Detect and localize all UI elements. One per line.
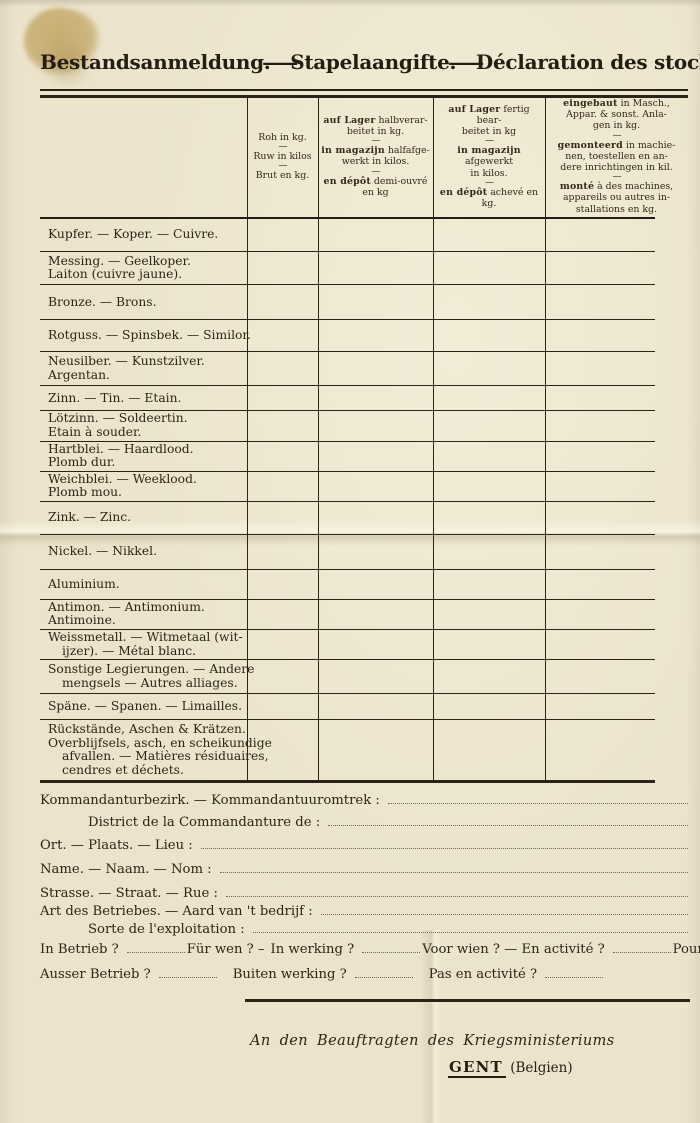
material-row: Nickel. — Nikkel.: [40, 534, 655, 569]
title-dutch: Stapelaangifte.: [290, 50, 456, 74]
question-segment: In werking ?: [271, 939, 423, 957]
stock-value-cell: [247, 411, 318, 441]
title-dash: —: [447, 50, 484, 74]
field-label: Name. — Naam. — Nom :: [40, 862, 218, 877]
material-label: Rückstände, Aschen & Krätzen.Overblijfse…: [40, 720, 247, 782]
title-dash: —: [262, 50, 299, 74]
stock-value-cell: [318, 386, 433, 411]
footer-rule: [245, 999, 690, 1002]
material-row: Hartblei. — Haardlood.Plomb dur.: [40, 441, 655, 471]
column-header-semifinished: auf Lager halbverar-beitet in kg.—in mag…: [318, 96, 433, 218]
stock-value-cell: [433, 411, 545, 441]
stock-value-cell: [318, 630, 433, 660]
material-label: Weichblei. — Weeklood.Plomb mou.: [40, 471, 247, 501]
material-label: Späne. — Spanen. — Limailles.: [40, 694, 247, 720]
stock-value-cell: [247, 285, 318, 320]
field-label: Pas en activité ?: [429, 967, 543, 982]
question-segment: Pour qui ?: [673, 942, 700, 957]
stock-value-cell: [545, 534, 655, 569]
question-segment: Buiten werking ?: [233, 964, 415, 982]
stock-value-cell: [433, 386, 545, 411]
field-label: Sorte de l'exploitation :: [88, 922, 251, 937]
stock-value-cell: [545, 320, 655, 352]
stock-value-cell: [433, 501, 545, 534]
stock-value-cell: [247, 501, 318, 534]
field-label: District de la Commandanture de :: [88, 815, 326, 830]
material-label: Hartblei. — Haardlood.Plomb dur.: [40, 441, 247, 471]
stock-value-cell: [247, 599, 318, 629]
material-row: Rotguss. — Spinsbek. — Similor.: [40, 320, 655, 352]
dotted-write-line: [253, 919, 688, 933]
stock-value-cell: [433, 320, 545, 352]
stock-value-cell: [545, 569, 655, 599]
material-row: Bronze. — Brons.: [40, 285, 655, 320]
title-rule-thin: [40, 89, 688, 91]
form-field-art-des-betriebes: Art des Betriebes. — Aard van 't bedrijf…: [40, 901, 690, 919]
form-field-district: District de la Commandanture de :: [40, 812, 690, 830]
material-label: Weissmetall. — Witmetaal (wit-ijzer). — …: [40, 630, 247, 660]
stock-value-cell: [318, 660, 433, 694]
stock-value-cell: [247, 534, 318, 569]
stock-value-cell: [433, 660, 545, 694]
question-segment: Für wen ? –: [187, 942, 271, 957]
dotted-write-line: [159, 964, 217, 978]
stock-value-cell: [318, 411, 433, 441]
material-row: Zinn. — Tin. — Etain.: [40, 386, 655, 411]
field-label: Für wen ? –: [187, 942, 271, 957]
stock-value-cell: [247, 660, 318, 694]
form-field-sorte-exploitation: Sorte de l'exploitation :: [40, 919, 690, 937]
stock-value-cell: [318, 285, 433, 320]
material-label: Kupfer. — Koper. — Cuivre.: [40, 218, 247, 252]
stock-value-cell: [247, 320, 318, 352]
field-label: Art des Betriebes. — Aard van 't bedrijf…: [40, 904, 319, 919]
stock-value-cell: [433, 441, 545, 471]
dotted-write-line: [201, 835, 688, 849]
material-label: Lötzinn. — Soldeertin.Etain à souder.: [40, 411, 247, 441]
stock-value-cell: [247, 352, 318, 386]
material-label: Antimon. — Antimonium.Antimoine.: [40, 599, 247, 629]
fold-crease-vertical: [420, 930, 442, 1123]
stock-value-cell: [247, 218, 318, 252]
column-header-finished: auf Lager fertig bear-beitet in kg—in ma…: [433, 96, 545, 218]
stock-value-cell: [433, 694, 545, 720]
stock-value-cell: [433, 471, 545, 501]
stock-value-cell: [545, 501, 655, 534]
title-german: Bestandsanmeldung.: [40, 50, 270, 74]
table-header-row: Roh in kg.—Ruw in kilos—Brut en kg. auf …: [40, 96, 655, 218]
city-name: GENT: [448, 1058, 506, 1078]
stock-value-cell: [545, 471, 655, 501]
stock-value-cell: [247, 386, 318, 411]
stock-value-cell: [247, 441, 318, 471]
stock-value-cell: [318, 471, 433, 501]
stock-value-cell: [433, 630, 545, 660]
stock-value-cell: [545, 252, 655, 285]
addressee-line: An den Beauftragten des Kriegsministeriu…: [250, 1033, 615, 1049]
stock-value-cell: [318, 694, 433, 720]
material-row: Kupfer. — Koper. — Cuivre.: [40, 218, 655, 252]
material-label: Rotguss. — Spinsbek. — Similor.: [40, 320, 247, 352]
question-segment: Voor wien ? — En activité ?: [422, 939, 672, 957]
stock-value-cell: [318, 569, 433, 599]
material-row: Lötzinn. — Soldeertin.Etain à souder.: [40, 411, 655, 441]
stock-value-cell: [545, 660, 655, 694]
stock-value-cell: [433, 352, 545, 386]
city-line: GENT (Belgien): [448, 1058, 573, 1076]
field-label: In werking ?: [271, 942, 361, 957]
material-row: Weichblei. — Weeklood.Plomb mou.: [40, 471, 655, 501]
stock-table: Roh in kg.—Ruw in kilos—Brut en kg. auf …: [40, 96, 655, 783]
field-label: Voor wien ? — En activité ?: [422, 942, 610, 957]
stock-value-cell: [318, 352, 433, 386]
field-label: Strasse. — Straat. — Rue :: [40, 886, 224, 901]
stock-value-cell: [433, 252, 545, 285]
stock-value-cell: [545, 441, 655, 471]
stock-value-cell: [433, 599, 545, 629]
column-header-installed: eingebaut in Masch.,Appar. & sonst. Anla…: [545, 96, 655, 218]
material-label: Nickel. — Nikkel.: [40, 534, 247, 569]
material-row: Zink. — Zinc.: [40, 501, 655, 534]
material-label: Aluminium.: [40, 569, 247, 599]
stock-value-cell: [247, 471, 318, 501]
dotted-write-line: [545, 964, 603, 978]
field-label: In Betrieb ?: [40, 942, 125, 957]
material-label: Zinn. — Tin. — Etain.: [40, 386, 247, 411]
stock-value-cell: [433, 534, 545, 569]
material-column-header: [40, 96, 247, 218]
stock-value-cell: [318, 320, 433, 352]
stock-value-cell: [247, 252, 318, 285]
question-segment: Ausser Betrieb ?: [40, 964, 219, 982]
stock-value-cell: [545, 352, 655, 386]
stock-value-cell: [433, 569, 545, 599]
material-label: Messing. — Geelkoper.Laiton (cuivre jaun…: [40, 252, 247, 285]
dotted-write-line: [328, 812, 688, 826]
stock-value-cell: [318, 501, 433, 534]
stock-value-cell: [318, 599, 433, 629]
material-row: Weissmetall. — Witmetaal (wit-ijzer). — …: [40, 630, 655, 660]
dotted-write-line: [388, 790, 688, 804]
material-row: Messing. — Geelkoper.Laiton (cuivre jaun…: [40, 252, 655, 285]
material-label: Bronze. — Brons.: [40, 285, 247, 320]
material-label: Neusilber. — Kunstzilver.Argentan.: [40, 352, 247, 386]
country-name: (Belgien): [510, 1060, 572, 1076]
question-segment: In Betrieb ?: [40, 939, 187, 957]
dotted-write-line: [321, 901, 688, 915]
stock-value-cell: [545, 285, 655, 320]
stock-value-cell: [545, 411, 655, 441]
column-header-raw: Roh in kg.—Ruw in kilos—Brut en kg.: [247, 96, 318, 218]
stock-value-cell: [318, 252, 433, 285]
form-title: Bestandsanmeldung. — Stapelaangifte. — D…: [40, 50, 676, 74]
stock-value-cell: [433, 285, 545, 320]
form-field-ausser-betrieb: Ausser Betrieb ?Buiten werking ?Pas en a…: [40, 964, 540, 982]
field-label: Kommandanturbezirk. — Kommandantuuromtre…: [40, 793, 386, 808]
field-label: Buiten werking ?: [233, 967, 353, 982]
field-label: Pour qui ?: [673, 942, 700, 957]
dotted-write-line: [226, 883, 688, 897]
field-label: Ort. — Plaats. — Lieu :: [40, 838, 199, 853]
material-label: Sonstige Legierungen. — Anderemengsels —…: [40, 660, 247, 694]
form-field-kommandanturbezirk: Kommandanturbezirk. — Kommandantuuromtre…: [40, 790, 690, 808]
stock-value-cell: [318, 534, 433, 569]
stock-value-cell: [545, 386, 655, 411]
stock-value-cell: [433, 218, 545, 252]
material-row: Aluminium.: [40, 569, 655, 599]
stock-value-cell: [318, 720, 433, 782]
dotted-write-line: [613, 939, 671, 953]
stock-value-cell: [545, 599, 655, 629]
stock-value-cell: [318, 218, 433, 252]
stock-value-cell: [247, 630, 318, 660]
material-row: Antimon. — Antimonium.Antimoine.: [40, 599, 655, 629]
material-row: Rückstände, Aschen & Krätzen.Overblijfse…: [40, 720, 655, 782]
dotted-write-line: [355, 964, 413, 978]
stock-value-cell: [247, 694, 318, 720]
scanned-declaration-form: Bestandsanmeldung. — Stapelaangifte. — D…: [0, 0, 700, 1123]
title-french: Déclaration des stocks.: [476, 50, 700, 74]
dotted-write-line: [220, 859, 688, 873]
question-segment: Pas en activité ?: [429, 964, 605, 982]
material-row: Neusilber. — Kunstzilver.Argentan.: [40, 352, 655, 386]
material-row: Sonstige Legierungen. — Anderemengsels —…: [40, 660, 655, 694]
field-label: Ausser Betrieb ?: [40, 967, 157, 982]
form-field-name: Name. — Naam. — Nom :: [40, 859, 690, 877]
stock-value-cell: [433, 720, 545, 782]
stock-value-cell: [545, 218, 655, 252]
stock-value-cell: [318, 441, 433, 471]
stock-value-cell: [545, 720, 655, 782]
form-field-in-betrieb: In Betrieb ?Für wen ? –In werking ?Voor …: [40, 939, 690, 957]
dotted-write-line: [127, 939, 185, 953]
material-row: Späne. — Spanen. — Limailles.: [40, 694, 655, 720]
material-label: Zink. — Zinc.: [40, 501, 247, 534]
stock-value-cell: [247, 569, 318, 599]
stock-value-cell: [545, 694, 655, 720]
form-field-ort: Ort. — Plaats. — Lieu :: [40, 835, 690, 853]
stock-value-cell: [545, 630, 655, 660]
form-field-strasse: Strasse. — Straat. — Rue :: [40, 883, 690, 901]
dotted-write-line: [362, 939, 420, 953]
